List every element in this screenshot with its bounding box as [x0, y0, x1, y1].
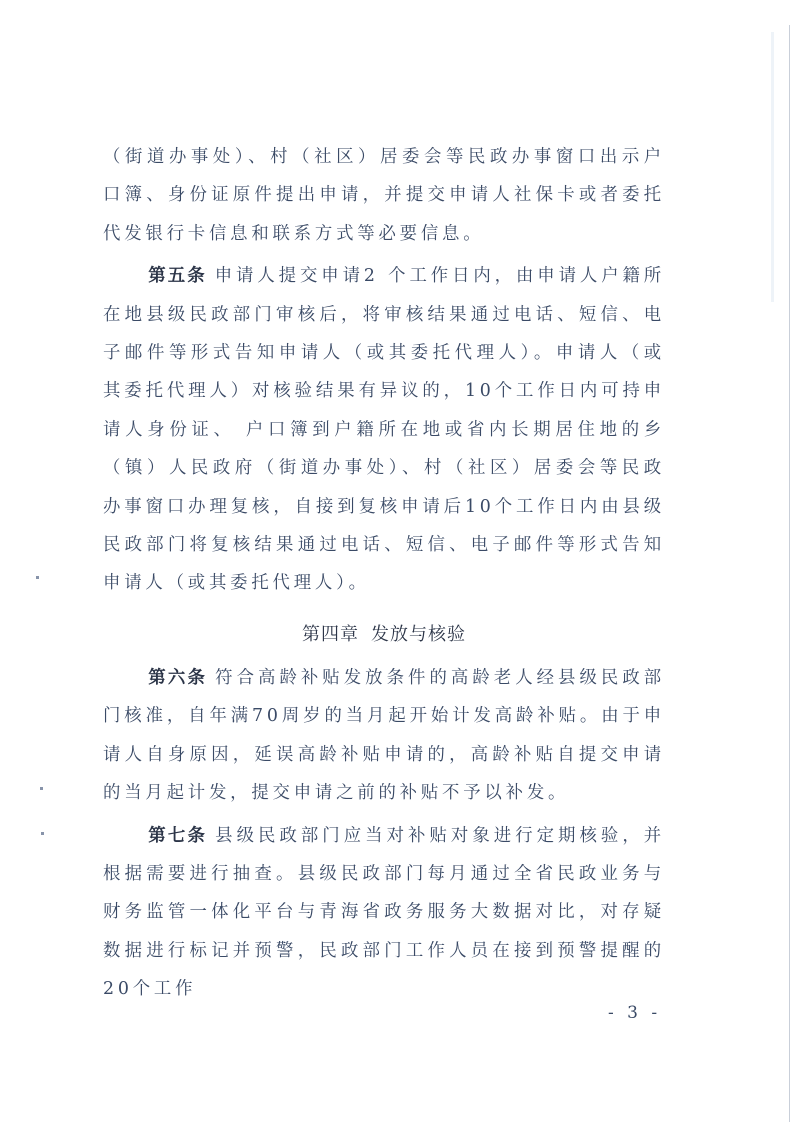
article-5-paragraph: 第五条申请人提交申请2 个工作日内，由申请人户籍所在地县级民政部门审核后，将审核…	[103, 257, 665, 603]
chapter-number: 第四章	[302, 624, 359, 645]
article-label: 第五条	[148, 266, 207, 286]
chapter-title: 发放与核验	[371, 624, 466, 645]
paragraph-text: （街道办事处）、村（社区）居委会等民政办事窗口出示户口簿、身份证原件提出申请，并…	[103, 147, 665, 244]
scan-edge-line	[789, 25, 790, 1122]
article-text: 符合高龄补贴发放条件的高龄老人经县级民政部门核准，自年满70周岁的当月起开始计发…	[103, 668, 665, 803]
article-7-paragraph: 第七条县级民政部门应当对补贴对象进行定期核验，并根据需要进行抽查。县级民政部门每…	[103, 817, 665, 1009]
document-page: （街道办事处）、村（社区）居委会等民政办事窗口出示户口簿、身份证原件提出申请，并…	[103, 138, 665, 1009]
scan-speck	[41, 832, 44, 835]
page-number: - 3 -	[608, 1003, 661, 1023]
article-text: 县级民政部门应当对补贴对象进行定期核验，并根据需要进行抽查。县级民政部门每月通过…	[103, 826, 665, 1000]
scan-speck	[40, 787, 43, 790]
chapter-heading: 第四章发放与核验	[103, 617, 665, 653]
article-label: 第六条	[148, 668, 207, 688]
paragraph-continuation: （街道办事处）、村（社区）居委会等民政办事窗口出示户口簿、身份证原件提出申请，并…	[103, 138, 665, 253]
article-label: 第七条	[148, 826, 207, 846]
scan-speck	[36, 576, 39, 579]
article-6-paragraph: 第六条符合高龄补贴发放条件的高龄老人经县级民政部门核准，自年满70周岁的当月起开…	[103, 659, 665, 813]
scan-edge-shadow	[771, 32, 774, 302]
article-text: 申请人提交申请2 个工作日内，由申请人户籍所在地县级民政部门审核后，将审核结果通…	[103, 266, 665, 593]
